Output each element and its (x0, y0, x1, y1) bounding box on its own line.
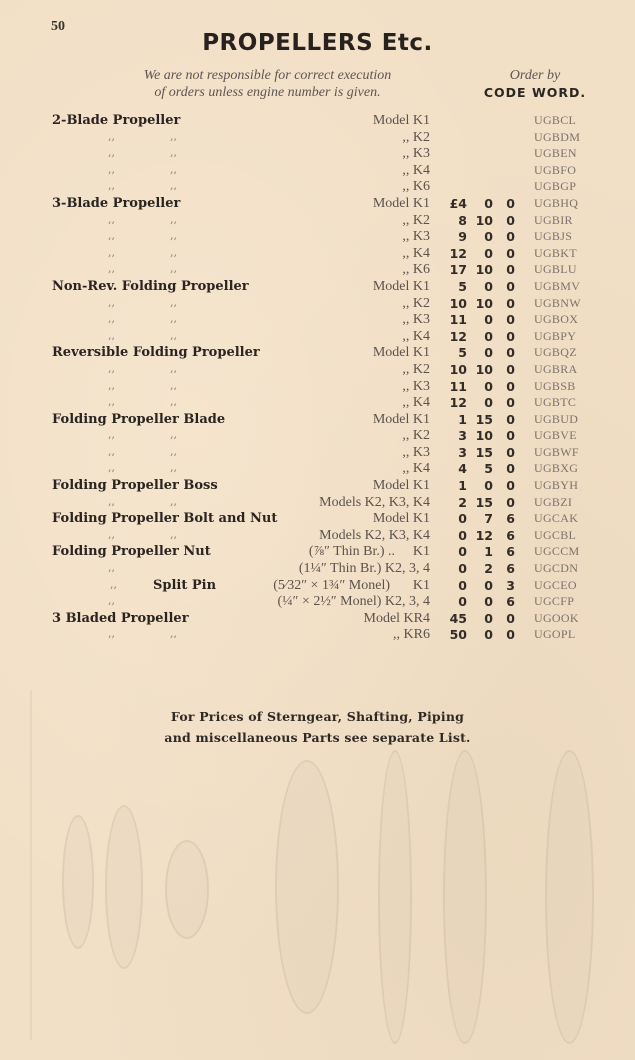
price-shillings: 10 (469, 428, 493, 443)
price-shillings: 0 (469, 395, 493, 410)
ditto-mark: ,, (170, 312, 177, 325)
price-pence: 6 (497, 511, 515, 526)
price-pounds: 50 (437, 627, 467, 642)
ditto-mark: ,, (108, 146, 115, 159)
item-note: (5⁄32″ × 1¾″ Monel) (273, 578, 390, 594)
price-pounds: £4 (437, 196, 467, 211)
price-pounds: 4 (437, 461, 467, 476)
model-designation: ,, K2 (402, 130, 430, 146)
price-shillings: 15 (469, 445, 493, 460)
ditto-mark: ,, (170, 379, 177, 392)
model-designation: Model KR4 (364, 611, 431, 627)
price-pence: 3 (497, 578, 515, 593)
table-row: 3-Blade PropellerModel K1£400UGBHQ (0, 196, 635, 213)
footer-line-2: and miscellaneous Parts see separate Lis… (0, 727, 635, 748)
table-row: ,,,,,, K28100UGBIR (0, 213, 635, 230)
price-pounds: 5 (437, 279, 467, 294)
ditto-mark: ,, (108, 213, 115, 226)
table-row: ,,,,,, K210100UGBNW (0, 296, 635, 313)
item-name: Folding Propeller Blade (52, 412, 225, 427)
item-name: Folding Propeller Nut (52, 544, 211, 559)
price-pence: 0 (497, 262, 515, 277)
code-word: UGOPL (534, 627, 576, 642)
model-designation: Model K1 (373, 113, 430, 129)
price-pounds: 12 (437, 395, 467, 410)
price-pence: 0 (497, 312, 515, 327)
table-row: 2-Blade PropellerModel K1UGBCL (0, 113, 635, 130)
model-designation: ,, K4 (402, 461, 430, 477)
price-pounds: 12 (437, 246, 467, 261)
ditto-mark: ,, (170, 229, 177, 242)
ditto-mark: ,, (170, 395, 177, 408)
code-word: UGBHQ (534, 196, 578, 211)
model-designation: ,, K2 (402, 213, 430, 229)
price-shillings: 0 (469, 279, 493, 294)
show-through-propeller-illustration (105, 805, 143, 969)
ditto-mark: ,, (170, 495, 177, 508)
code-word: UGCDN (534, 561, 578, 576)
code-word: UGBKT (534, 246, 577, 261)
model-designation: ,, K3 (402, 445, 430, 461)
model-designation: ,, K2 (402, 428, 430, 444)
ditto-mark: ,, (108, 461, 115, 474)
ditto-mark: ,, (170, 296, 177, 309)
item-name: 3-Blade Propeller (52, 196, 180, 211)
price-pence: 6 (497, 528, 515, 543)
code-word: UGBCL (534, 113, 576, 128)
code-word: UGBRA (534, 362, 578, 377)
price-pence: 0 (497, 196, 515, 211)
price-shillings: 10 (469, 362, 493, 377)
ditto-mark: ,, (170, 362, 177, 375)
model-designation: ,, K2 (402, 296, 430, 312)
price-shillings: 0 (469, 229, 493, 244)
model-designation: ,, K3 (402, 379, 430, 395)
price-pence: 0 (497, 428, 515, 443)
price-pounds: 0 (437, 578, 467, 593)
code-word: UGOOK (534, 611, 579, 626)
ditto-mark: ,, (170, 445, 177, 458)
price-shillings: 0 (469, 379, 493, 394)
table-row: ,,,,,, K41200UGBPY (0, 329, 635, 346)
model-designation: K1 (413, 578, 430, 594)
code-word: UGBFO (534, 163, 576, 178)
price-pence: 0 (497, 329, 515, 344)
footer-note: For Prices of Sterngear, Shafting, Pipin… (0, 706, 635, 748)
ditto-mark: ,, (108, 246, 115, 259)
table-row: ,,,,Models K2, K3, K42150UGBZI (0, 495, 635, 512)
price-pence: 0 (497, 279, 515, 294)
price-pounds: 10 (437, 362, 467, 377)
ditto-mark: ,, (108, 262, 115, 275)
code-word: UGCFP (534, 594, 574, 609)
price-shillings: 10 (469, 296, 493, 311)
table-row: ,,,,,, KR65000UGOPL (0, 627, 635, 644)
ditto-mark: ,, (108, 561, 115, 574)
price-pounds: 11 (437, 379, 467, 394)
table-row: ,,,,,, K41200UGBTC (0, 395, 635, 412)
model-designation: ,, K3 (402, 146, 430, 162)
table-row: Non-Rev. Folding PropellerModel K1500UGB… (0, 279, 635, 296)
table-row: ,,(¼″ × 2½″ Monel) K2, 3, 4006UGCFP (0, 594, 635, 611)
price-pounds: 0 (437, 561, 467, 576)
price-shillings: 0 (469, 594, 493, 609)
item-name: 3 Bladed Propeller (52, 611, 189, 626)
price-pence: 6 (497, 561, 515, 576)
code-word: UGBTC (534, 395, 576, 410)
price-shillings: 5 (469, 461, 493, 476)
model-designation: ,, K4 (402, 163, 430, 179)
table-row: Folding Propeller Nut(⅞″ Thin Br.) ..K10… (0, 544, 635, 561)
model-designation: K1 (413, 544, 430, 560)
price-pence: 0 (497, 246, 515, 261)
price-pounds: 1 (437, 478, 467, 493)
table-row: ,,,,,, K617100UGBLU (0, 262, 635, 279)
table-row: ,,(1¼″ Thin Br.) K2, 3, 4026UGCDN (0, 561, 635, 578)
code-word: UGBGP (534, 179, 576, 194)
model-designation: ,, K3 (402, 312, 430, 328)
ditto-mark: ,, (108, 395, 115, 408)
order-by-note: Order by CODE WORD. (470, 67, 600, 101)
code-word: UGCCM (534, 544, 580, 559)
code-word-heading: CODE WORD. (470, 84, 600, 101)
ditto-mark: ,, (170, 179, 177, 192)
price-shillings: 1 (469, 544, 493, 559)
ditto-mark: ,, (108, 179, 115, 192)
model-designation: Model K1 (373, 412, 430, 428)
code-word: UGBLU (534, 262, 577, 277)
price-pence: 0 (497, 495, 515, 510)
model-designation: ,, K4 (402, 395, 430, 411)
table-row: Folding Propeller BladeModel K11150UGBUD (0, 412, 635, 429)
table-row: ,,,,,, K23100UGBVE (0, 428, 635, 445)
price-pounds: 10 (437, 296, 467, 311)
price-pounds: 3 (437, 428, 467, 443)
price-pence: 0 (497, 627, 515, 642)
price-shillings: 0 (469, 196, 493, 211)
table-row: ,,,,,, K3900UGBJS (0, 229, 635, 246)
code-word: UGBOX (534, 312, 578, 327)
price-shillings: 0 (469, 246, 493, 261)
ditto-mark: ,, (170, 428, 177, 441)
table-row: ,,,,,, K2UGBDM (0, 130, 635, 147)
model-designation: Model K1 (373, 345, 430, 361)
price-pounds: 0 (437, 594, 467, 609)
price-pence: 0 (497, 379, 515, 394)
price-shillings: 12 (469, 528, 493, 543)
model-designation: ,, K3 (402, 229, 430, 245)
ditto-mark: ,, (170, 329, 177, 342)
table-row: ,,,,,, K33150UGBWF (0, 445, 635, 462)
price-pence: 6 (497, 544, 515, 559)
model-designation: Models K2, K3, K4 (319, 528, 430, 544)
table-row: ,,,,,, K3UGBEN (0, 146, 635, 163)
price-pounds: 1 (437, 412, 467, 427)
price-shillings: 0 (469, 478, 493, 493)
disclaimer-line-2: of orders unless engine number is given. (100, 84, 435, 101)
code-word: UGBXG (534, 461, 578, 476)
price-pence: 6 (497, 594, 515, 609)
code-word: UGBQZ (534, 345, 577, 360)
ditto-mark: ,, (170, 246, 177, 259)
price-pence: 0 (497, 461, 515, 476)
code-word: UGBSB (534, 379, 576, 394)
ditto-mark: ,, (170, 461, 177, 474)
price-shillings: 0 (469, 345, 493, 360)
model-designation: Model K1 (373, 196, 430, 212)
ditto-mark: ,, (108, 312, 115, 325)
price-shillings: 0 (469, 578, 493, 593)
price-pence: 0 (497, 213, 515, 228)
price-pence: 0 (497, 611, 515, 626)
ditto-mark: ,, (110, 578, 117, 591)
price-pence: 0 (497, 478, 515, 493)
ditto-mark: ,, (108, 329, 115, 342)
item-name: Reversible Folding Propeller (52, 345, 260, 360)
model-designation: Model K1 (373, 478, 430, 494)
ditto-mark: ,, (170, 528, 177, 541)
price-shillings: 0 (469, 627, 493, 642)
ditto-mark: ,, (108, 627, 115, 640)
model-designation: Model K1 (373, 511, 430, 527)
item-name: 2-Blade Propeller (52, 113, 180, 128)
price-pounds: 2 (437, 495, 467, 510)
price-shillings: 0 (469, 312, 493, 327)
code-word: UGCAK (534, 511, 578, 526)
code-word: UGBDM (534, 130, 580, 145)
price-pence: 0 (497, 445, 515, 460)
price-pounds: 0 (437, 528, 467, 543)
table-row: ,,,,,, K4450UGBXG (0, 461, 635, 478)
price-shillings: 15 (469, 412, 493, 427)
price-pounds: 0 (437, 511, 467, 526)
code-word: UGBVE (534, 428, 577, 443)
model-designation: ,, K6 (402, 179, 430, 195)
ditto-mark: ,, (108, 362, 115, 375)
price-pounds: 17 (437, 262, 467, 277)
model-designation: ,, K6 (402, 262, 430, 278)
table-row: ,,Split Pin(5⁄32″ × 1¾″ Monel)K1003UGCEO (0, 578, 635, 595)
code-word: UGBWF (534, 445, 579, 460)
code-word: UGBMV (534, 279, 580, 294)
table-row: Folding Propeller Bolt and NutModel K107… (0, 511, 635, 528)
ditto-mark: ,, (108, 296, 115, 309)
model-designation: Model K1 (373, 279, 430, 295)
model-designation: ,, KR6 (393, 627, 430, 643)
table-row: ,,,,,, K210100UGBRA (0, 362, 635, 379)
disclaimer-line-1: We are not responsible for correct execu… (100, 67, 435, 84)
item-name: Folding Propeller Bolt and Nut (52, 511, 277, 526)
table-row: ,,,,Models K2, K3, K40126UGCBL (0, 528, 635, 545)
price-shillings: 2 (469, 561, 493, 576)
show-through-propeller-illustration (545, 750, 594, 1044)
table-row: 3 Bladed PropellerModel KR44500UGOOK (0, 611, 635, 628)
model-designation: (1¼″ Thin Br.) K2, 3, 4 (299, 561, 430, 577)
price-list: 2-Blade PropellerModel K1UGBCL,,,,,, K2U… (0, 113, 635, 644)
show-through-propeller-illustration (443, 750, 487, 1044)
ditto-mark: ,, (170, 146, 177, 159)
item-name: Non-Rev. Folding Propeller (52, 279, 249, 294)
ditto-mark: ,, (170, 262, 177, 275)
ditto-mark: ,, (108, 130, 115, 143)
code-word: UGBYH (534, 478, 578, 493)
ditto-mark: ,, (108, 229, 115, 242)
price-pounds: 9 (437, 229, 467, 244)
price-pence: 0 (497, 229, 515, 244)
table-row: ,,,,,, K6UGBGP (0, 179, 635, 196)
table-row: ,,,,,, K31100UGBOX (0, 312, 635, 329)
price-pounds: 0 (437, 544, 467, 559)
ditto-mark: ,, (108, 445, 115, 458)
price-shillings: 0 (469, 611, 493, 626)
code-word: UGCEO (534, 578, 577, 593)
price-pence: 0 (497, 395, 515, 410)
table-row: Folding Propeller BossModel K1100UGBYH (0, 478, 635, 495)
page-title: PROPELLERS Etc. (0, 30, 635, 56)
code-word: UGBZI (534, 495, 572, 510)
price-pounds: 11 (437, 312, 467, 327)
ditto-mark: ,, (108, 163, 115, 176)
code-word: UGBPY (534, 329, 576, 344)
item-name: Folding Propeller Boss (52, 478, 218, 493)
show-through-propeller-illustration (62, 815, 94, 949)
footer-line-1: For Prices of Sterngear, Shafting, Pipin… (0, 706, 635, 727)
price-pounds: 45 (437, 611, 467, 626)
code-word: UGBJS (534, 229, 572, 244)
price-pounds: 12 (437, 329, 467, 344)
item-note: (⅞″ Thin Br.) .. (309, 544, 395, 560)
ditto-mark: ,, (170, 213, 177, 226)
table-row: ,,,,,, K41200UGBKT (0, 246, 635, 263)
ditto-mark: ,, (170, 163, 177, 176)
price-shillings: 7 (469, 511, 493, 526)
price-pence: 0 (497, 362, 515, 377)
price-pounds: 8 (437, 213, 467, 228)
price-shillings: 0 (469, 329, 493, 344)
code-word: UGBEN (534, 146, 577, 161)
item-name: Split Pin (153, 578, 216, 593)
ditto-mark: ,, (108, 428, 115, 441)
ditto-mark: ,, (170, 627, 177, 640)
model-designation: ,, K4 (402, 246, 430, 262)
model-designation: (¼″ × 2½″ Monel) K2, 3, 4 (277, 594, 430, 610)
price-pence: 0 (497, 296, 515, 311)
price-pounds: 5 (437, 345, 467, 360)
model-designation: ,, K4 (402, 329, 430, 345)
show-through-propeller-illustration (165, 840, 209, 939)
code-word: UGBNW (534, 296, 581, 311)
show-through-propeller-illustration (378, 750, 412, 1044)
price-pence: 0 (497, 345, 515, 360)
model-designation: Models K2, K3, K4 (319, 495, 430, 511)
price-shillings: 10 (469, 213, 493, 228)
code-word: UGCBL (534, 528, 576, 543)
ditto-mark: ,, (170, 130, 177, 143)
table-row: Reversible Folding PropellerModel K1500U… (0, 345, 635, 362)
disclaimer-note: We are not responsible for correct execu… (100, 67, 435, 101)
ditto-mark: ,, (108, 528, 115, 541)
ditto-mark: ,, (108, 379, 115, 392)
order-by-label: Order by (470, 67, 600, 84)
code-word: UGBUD (534, 412, 578, 427)
ditto-mark: ,, (108, 594, 115, 607)
table-row: ,,,,,, K4UGBFO (0, 163, 635, 180)
model-designation: ,, K2 (402, 362, 430, 378)
price-shillings: 10 (469, 262, 493, 277)
ditto-mark: ,, (108, 495, 115, 508)
price-pence: 0 (497, 412, 515, 427)
show-through-propeller-illustration (275, 760, 339, 1014)
price-shillings: 15 (469, 495, 493, 510)
code-word: UGBIR (534, 213, 573, 228)
table-row: ,,,,,, K31100UGBSB (0, 379, 635, 396)
price-pounds: 3 (437, 445, 467, 460)
